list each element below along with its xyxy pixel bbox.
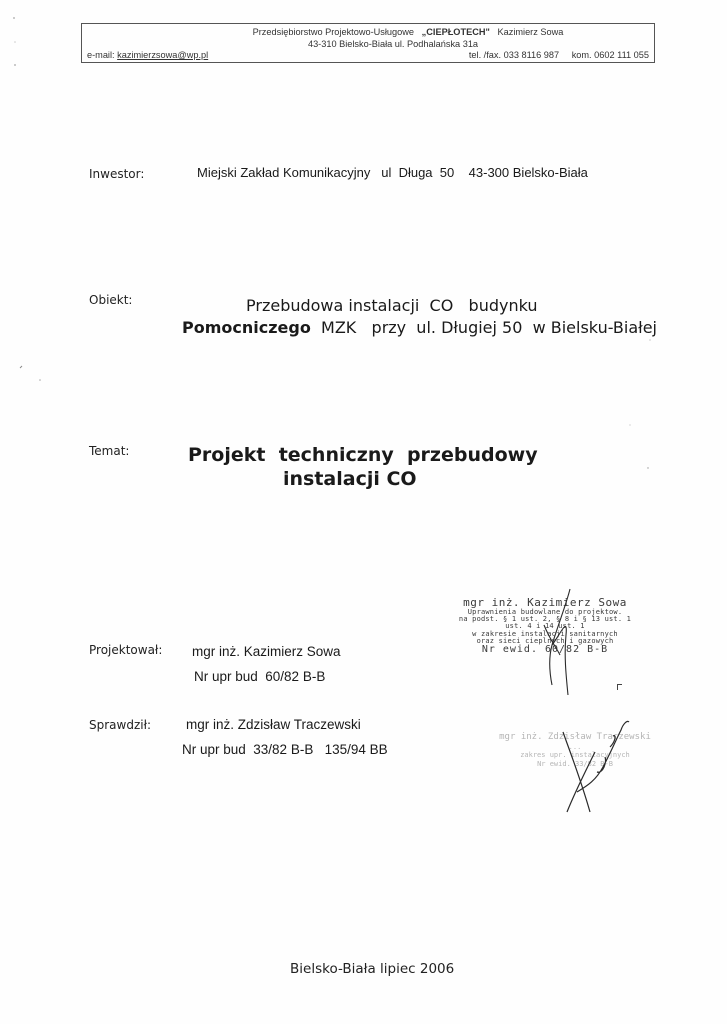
scan-mark — [617, 684, 622, 690]
company-address: 43-310 Bielsko-Biała ul. Podhalańska 31a — [82, 39, 654, 49]
designer-label: Projektował: — [89, 643, 162, 657]
investor-label: Inwestor: — [89, 167, 144, 181]
email-link[interactable]: kazimierzsowa@wp.pl — [117, 50, 208, 60]
designer-license: Nr upr bud 60/82 B-B — [194, 669, 325, 684]
designer-stamp: mgr inż. Kazimierz Sowa Uprawnienia budo… — [445, 597, 645, 656]
object-line-2-bold: Pomocniczego — [182, 318, 311, 337]
object-line-1: Przebudowa instalacji CO budynku — [246, 296, 538, 315]
checker-name: mgr inż. Zdzisław Traczewski — [186, 717, 361, 732]
letterhead: Przedsiębiorstwo Projektowo-Usługowe „CI… — [81, 23, 655, 63]
topic-label: Temat: — [89, 444, 129, 458]
stamp-number: Nr ewid. 60/82 B-B — [445, 645, 645, 656]
place-and-date: Bielsko-Biała lipiec 2006 — [290, 961, 454, 977]
company-brand: „CIEPŁOTECH" — [422, 27, 490, 37]
stamp-title: mgr inż. Kazimierz Sowa — [445, 597, 645, 609]
checker-stamp: mgr inż. Zdzisław Traczewski ... zakres … — [495, 732, 655, 768]
object-line-2: Pomocniczego MZK przy ul. Długiej 50 w B… — [182, 318, 657, 337]
object-label: Obiekt: — [89, 293, 132, 307]
stamp-line: ... — [495, 743, 655, 751]
topic-line-1: Projekt techniczny przebudowy — [188, 444, 538, 466]
checker-label: Sprawdził: — [89, 718, 151, 732]
company-prefix: Przedsiębiorstwo Projektowo-Usługowe — [253, 27, 414, 37]
letterhead-phone: tel. /fax. 033 8116 987 kom. 0602 111 05… — [469, 50, 649, 60]
designer-name: mgr inż. Kazimierz Sowa — [192, 644, 341, 659]
scan-noise — [0, 0, 727, 1024]
object-line-2-rest: MZK przy ul. Długiej 50 w Bielsku-Białej — [311, 318, 657, 337]
investor-value: Miejski Zakład Komunikacyjny ul Długa 50… — [197, 165, 588, 180]
document-page: Przedsiębiorstwo Projektowo-Usługowe „CI… — [0, 0, 727, 1024]
topic-line-2: instalacji CO — [283, 468, 417, 490]
stamp-title: mgr inż. Zdzisław Traczewski — [495, 732, 655, 743]
stamp-line: zakres upr. instalacyjnych — [495, 751, 655, 759]
mobile-phone: kom. 0602 111 055 — [572, 50, 649, 60]
letterhead-company-line: Przedsiębiorstwo Projektowo-Usługowe „CI… — [82, 27, 654, 37]
email-label: e-mail: — [87, 50, 115, 60]
company-owner: Kazimierz Sowa — [498, 27, 564, 37]
letterhead-email: e-mail: kazimierzsowa@wp.pl — [87, 50, 208, 60]
checker-license: Nr upr bud 33/82 B-B 135/94 BB — [182, 742, 388, 757]
phone-fax: tel. /fax. 033 8116 987 — [469, 50, 559, 60]
stamp-line: Nr ewid. 33/82 B-B — [495, 760, 655, 768]
